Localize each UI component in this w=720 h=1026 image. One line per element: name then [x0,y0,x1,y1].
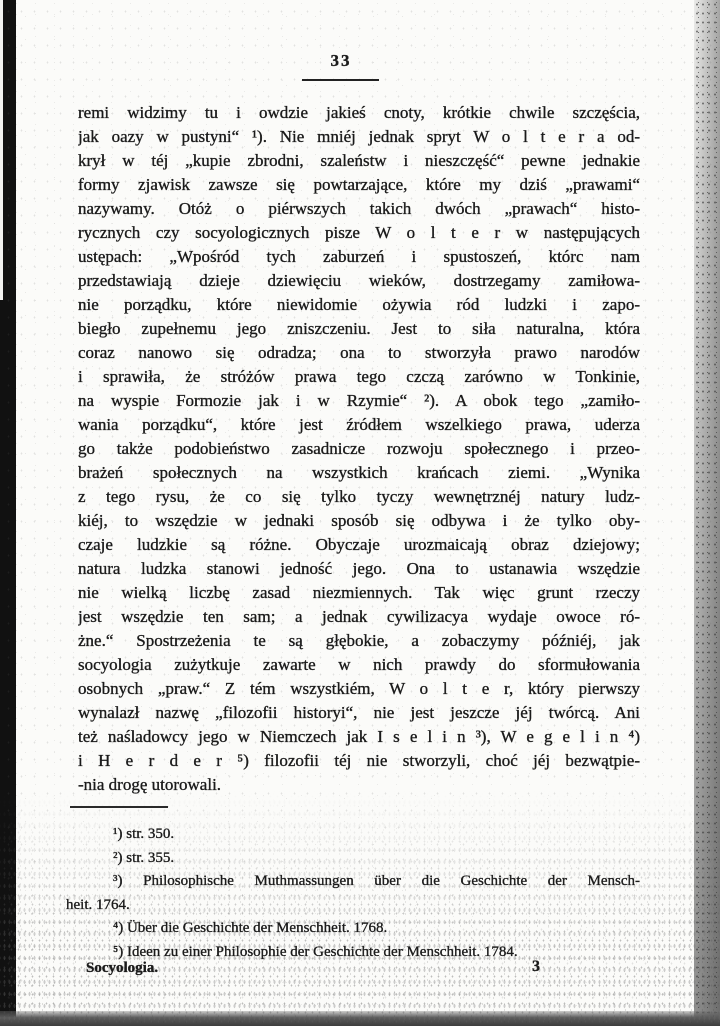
scan-border-left-sliver [0,0,3,300]
page-number-rule [302,79,379,81]
scanned-book-page: 33 remi widzimy tu i owdzie jakieś cnoty… [0,0,720,1026]
text-line: jest wszędzie ten sam; a jednak cywiliza… [78,605,640,629]
body-text: remi widzimy tu i owdzie jakieś cnoty, k… [78,101,640,797]
scan-border-bottom [0,1011,720,1026]
text-line: przedstawiają dzieje dziewięciu wieków, … [78,269,640,293]
text-line: -nia drogę utorowali. [78,773,640,797]
text-line: remi widzimy tu i owdzie jakieś cnoty, k… [78,101,640,125]
text-line: socyologia zużytkuje zawarte w nich praw… [78,653,640,677]
text-line: nie porządku, które niewidomie ożywia ró… [78,293,640,317]
text-line: ustępach: „Wpośród tych zaburzeń i spust… [78,245,640,269]
text-line: z tego rysu, że co się tylko tyczy wewnę… [78,485,640,509]
text-line: nazywamy. Otóż o piérwszych takich dwóch… [78,197,640,221]
text-line: natura ludzka stanowi jedność jego. Ona … [78,557,640,581]
text-line: czaje ludzkie są różne. Obyczaje urozmai… [78,533,640,557]
footnote-line: heit. 1764. [66,894,640,918]
text-line: osobnych „praw.“ Z tém wszystkiém, W o l… [78,677,640,701]
text-line: rycznych czy socyologicznych pisze W o l… [78,221,640,245]
page-number: 33 [303,51,379,71]
text-line: krył w téj „kupie zbrodni, szaleństw i n… [78,149,640,173]
signature-title: Socyologia. [86,960,158,977]
text-line: wania porządku“, które jest źródłem wsze… [78,413,640,437]
text-line: coraz nanowo się odradza; ona to stworzy… [78,341,640,365]
text-line: formy zjawisk zawsze się powtarzające, k… [78,173,640,197]
text-line: biegło zupełnemu jego zniszczeniu. Jest … [78,317,640,341]
footnote-separator-rule [70,806,168,808]
text-line: nie wielką liczbę zasad niezmiennych. Ta… [78,581,640,605]
sheet-number: 3 [532,958,540,976]
footnotes: ¹) str. 350. ²) str. 355. ³) Philosophis… [66,823,640,965]
text-line: wynalazł nazwę „filozofii historyi“, nie… [78,701,640,725]
text-line: też naśladowcy jego w Niemczech jak I s … [78,725,640,749]
text-line: jak oazy w pustyni“ ¹). Nie mniéj jednak… [78,125,640,149]
text-line: brażeń społecznych na wszystkich krańcac… [78,461,640,485]
text-line: i sprawiła, że stróżów prawa tego czczą … [78,365,640,389]
footnote-line: ³) Philosophische Muthmassungen über die… [66,870,640,894]
text-line: na wyspie Formozie jak i w Rzymie“ ²). A… [78,389,640,413]
text-line: i H e r d e r ⁵) filozofii téj nie stwor… [78,749,640,773]
footnote-line: ⁴) Über die Geschichte der Menschheit. 1… [66,917,640,941]
text-line: go także podobieństwo zasadnicze rozwoju… [78,437,640,461]
scan-shadow-right [694,0,720,1026]
footnote-line: ¹) str. 350. [66,823,640,847]
footnote-line: ²) str. 355. [66,847,640,871]
text-line: żne.“ Spostrzeżenia te są głębokie, a zo… [78,629,640,653]
text-line: kiéj, to wszędzie w jednaki sposób się o… [78,509,640,533]
